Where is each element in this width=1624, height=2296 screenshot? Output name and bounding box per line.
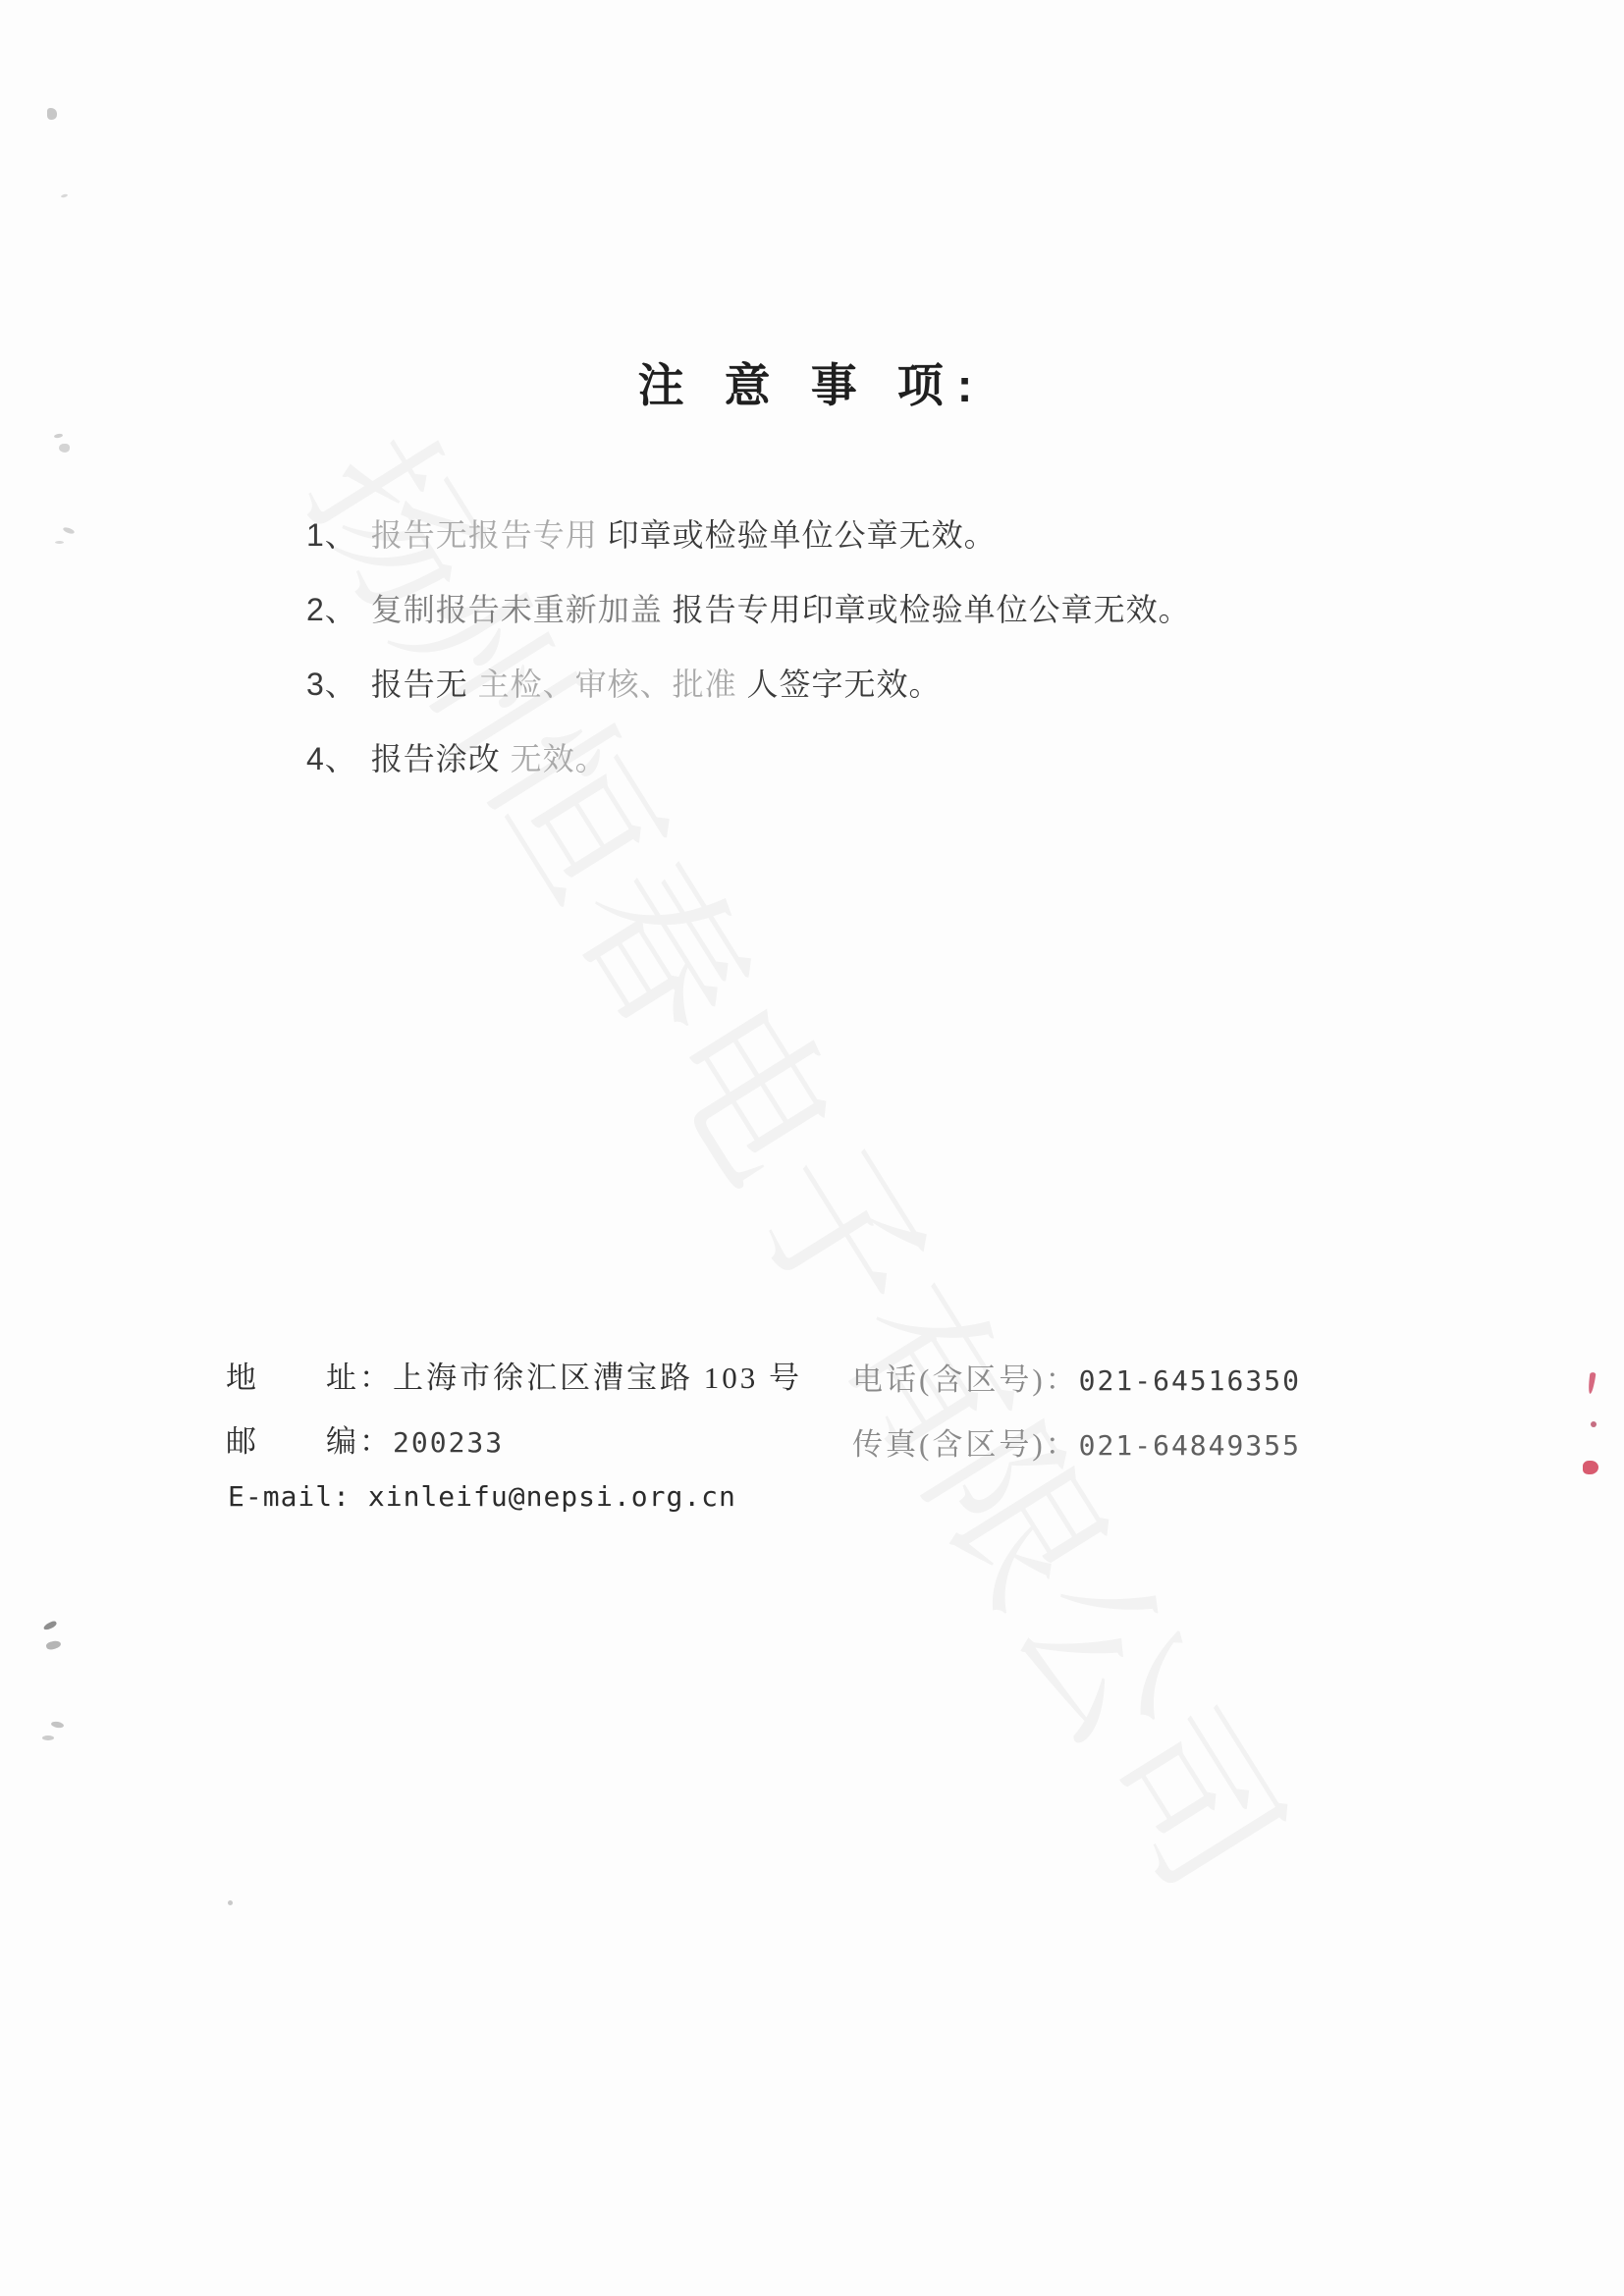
document-page: 扬州恒春电子有限公司 注 意 事 项: 1、 报告无报告专用 印章或检验单位公章… xyxy=(0,0,1624,2296)
postcode-value: 200233 xyxy=(393,1426,504,1459)
scan-speck xyxy=(54,433,64,439)
notice-text-segment: 报告无 xyxy=(371,667,468,702)
notice-number: 2、 xyxy=(306,592,357,627)
address-row: 地 址：上海市徐汇区漕宝路 103 号 xyxy=(226,1353,802,1397)
red-ink-mark xyxy=(1583,1461,1598,1474)
notice-text-segment: 主检、审核、批准 xyxy=(478,667,737,702)
address-value: 上海市徐汇区漕宝路 103 号 xyxy=(393,1361,802,1395)
notice-text-segment: 报告无报告专用 xyxy=(371,517,598,553)
email-row: E-mail: xinleifu@nepsi.org.cn xyxy=(228,1480,736,1513)
fax-row: 传真(含区号)：021-64849355 xyxy=(852,1419,1301,1464)
postcode-label: 邮 编： xyxy=(226,1424,393,1459)
phone-value: 021-64516350 xyxy=(1079,1364,1301,1397)
notice-number: 1、 xyxy=(306,517,357,553)
notice-item-4: 4、 报告涂改 无效。 xyxy=(306,742,1191,775)
page-title: 注 意 事 项: xyxy=(0,349,1624,415)
notice-item-2: 2、 复制报告未重新加盖 报告专用印章或检验单位公章无效。 xyxy=(306,593,1191,626)
fax-label: 传真(含区号)： xyxy=(852,1427,1079,1462)
notice-number: 3、 xyxy=(306,667,357,702)
email-value: xinleifu@nepsi.org.cn xyxy=(368,1480,736,1513)
scan-speck xyxy=(45,1639,62,1651)
scan-speck xyxy=(42,1735,54,1740)
notice-text-segment: 复制报告未重新加盖 xyxy=(371,592,663,627)
scan-speck xyxy=(47,108,57,120)
notice-number: 4、 xyxy=(306,741,357,776)
phone-row: 电话(含区号)：021-64516350 xyxy=(852,1355,1301,1399)
postcode-row: 邮 编：200233 xyxy=(226,1416,504,1461)
scan-speck xyxy=(42,1620,57,1630)
email-label: E-mail: xyxy=(228,1480,351,1513)
notice-item-1: 1、 报告无报告专用 印章或检验单位公章无效。 xyxy=(306,518,1191,552)
notices-list: 1、 报告无报告专用 印章或检验单位公章无效。 2、 复制报告未重新加盖 报告专… xyxy=(306,518,1191,817)
address-label: 地 址： xyxy=(226,1361,393,1395)
scan-speck xyxy=(55,541,64,544)
notice-text-segment: 无效。 xyxy=(511,741,608,776)
scan-speck xyxy=(51,1721,65,1729)
notice-text-segment: 报告专用印章或检验单位公章无效。 xyxy=(673,592,1191,627)
red-ink-mark xyxy=(1591,1421,1597,1427)
notice-text-segment: 报告涂改 xyxy=(371,741,501,776)
scan-speck xyxy=(63,526,76,535)
scan-speck xyxy=(61,193,69,198)
notice-text-segment: 印章或检验单位公章无效。 xyxy=(608,517,997,553)
fax-value: 021-64849355 xyxy=(1079,1429,1301,1462)
scan-speck xyxy=(228,1900,233,1905)
scan-speck xyxy=(59,444,70,453)
red-ink-mark xyxy=(1587,1372,1596,1395)
phone-label: 电话(含区号)： xyxy=(852,1362,1079,1397)
notice-text-segment: 人签字无效。 xyxy=(747,667,942,702)
notice-item-3: 3、 报告无 主检、审核、批准 人签字无效。 xyxy=(306,667,1191,701)
